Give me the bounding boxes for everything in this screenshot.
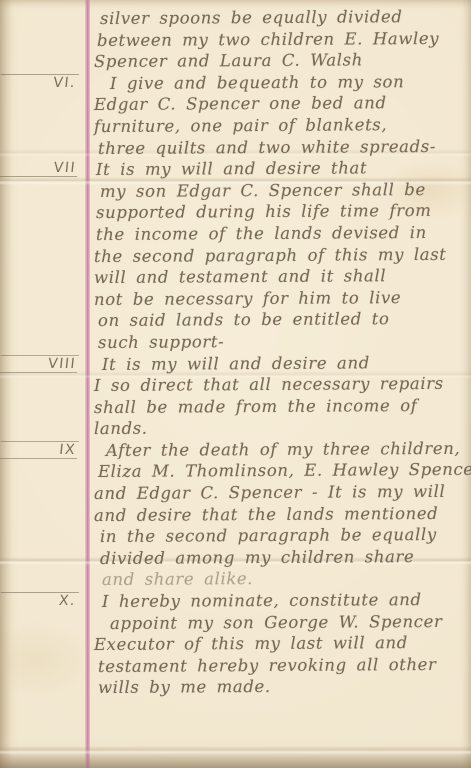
handwritten-line-row: X.I hereby nominate, constitute and (0, 591, 471, 613)
handwritten-text: I so direct that all necessary repairs (94, 373, 444, 397)
handwritten-text: such support- (98, 331, 224, 353)
handwritten-text: appoint my son George W. Spencer (110, 611, 443, 635)
handwritten-line-row: testament hereby revoking all other (0, 656, 471, 678)
handwritten-text: on said lands to be entitled to (98, 309, 390, 332)
handwritten-text: and share alike. (102, 569, 253, 592)
handwritten-line-row: Spencer and Laura C. Walsh (0, 51, 471, 73)
document-page: silver spoons be equally dividedbetween … (0, 0, 471, 768)
handwritten-line-row: shall be made from the income of (0, 397, 471, 419)
handwritten-text: not be necessary for him to live (94, 287, 401, 310)
handwritten-line-row: VI.I give and bequeath to my son (0, 73, 471, 95)
handwritten-line-row: VIIIt is my will and desire that (0, 159, 471, 181)
handwritten-text: shall be made from the income of (94, 395, 418, 419)
section-numeral: IX (0, 441, 79, 459)
handwritten-line-row: the income of the lands devised in (0, 224, 471, 246)
handwritten-line-row: such support- (0, 332, 471, 354)
handwritten-line-row: divided among my children share (0, 548, 471, 570)
section-numeral-label: VII (51, 160, 79, 176)
handwritten-text: in the second paragraph be equally (100, 524, 437, 548)
handwritten-line-row: silver spoons be equally divided (0, 8, 471, 30)
section-numeral-label: VI. (50, 75, 78, 91)
section-numeral-label: X. (56, 593, 79, 609)
section-numeral-label: VIII (45, 356, 79, 372)
handwritten-line-row: and share alike. (0, 569, 471, 591)
handwritten-line-row: lands. (0, 418, 471, 440)
handwritten-line-row: furniture, one pair of blankets, (0, 116, 471, 138)
handwritten-text: will and testament and it shall (94, 265, 386, 288)
fold-crease (0, 746, 471, 755)
handwritten-line-row: Edgar C. Spencer one bed and (0, 94, 471, 116)
handwritten-text: three quilts and two white spreads- (98, 135, 436, 159)
handwritten-text: my son Edgar C. Spencer shall be (100, 179, 426, 203)
handwritten-line-row: my son Edgar C. Spencer shall be (0, 181, 471, 203)
handwritten-text: silver spoons be equally divided (100, 6, 403, 29)
handwritten-text: the second paragraph of this my last (94, 243, 447, 267)
handwritten-line-row: VIIIIt is my will and desire and (0, 354, 471, 376)
page-bottom-shadow (0, 752, 471, 768)
handwritten-line-row: wills by me made. (0, 677, 471, 699)
handwritten-text: wills by me made. (98, 676, 271, 699)
handwritten-text: It is my will and desire and (102, 352, 370, 375)
handwritten-line-row: I so direct that all necessary repairs (0, 375, 471, 397)
handwritten-text: and Edgar C. Spencer - It is my will (94, 481, 445, 505)
handwritten-text: Spencer and Laura C. Walsh (94, 50, 363, 73)
handwritten-line-row: supported during his life time from (0, 202, 471, 224)
section-numeral: X. (0, 592, 79, 609)
handwritten-line-row: the second paragraph of this my last (0, 246, 471, 268)
section-numeral: VIII (0, 355, 79, 373)
section-numeral-label: IX (56, 442, 78, 458)
handwritten-lines-container: silver spoons be equally dividedbetween … (0, 8, 471, 699)
handwritten-line-row: on said lands to be entitled to (0, 310, 471, 332)
handwritten-text: It is my will and desire that (96, 157, 367, 180)
handwritten-text: the income of the lands devised in (96, 222, 427, 246)
handwritten-text: I give and bequeath to my son (110, 71, 404, 94)
handwritten-text: Eliza M. Thomlinson, E. Hawley Spencer, (98, 459, 471, 483)
handwritten-line-row: three quilts and two white spreads- (0, 138, 471, 160)
handwritten-text: Edgar C. Spencer one bed and (94, 93, 387, 116)
handwritten-line-row: Executor of this my last will and (0, 634, 471, 656)
section-numeral: VI. (0, 74, 79, 91)
handwritten-line-row: will and testament and it shall (0, 267, 471, 289)
handwritten-text: divided among my children share (100, 546, 414, 570)
handwritten-text: testament hereby revoking all other (98, 654, 437, 678)
handwritten-line-row: in the second paragraph be equally (0, 526, 471, 548)
section-numeral: VII (0, 160, 79, 177)
handwritten-text: lands. (94, 418, 148, 440)
handwritten-text: After the death of my three children, (106, 438, 460, 462)
handwritten-text: Executor of this my last will and (94, 632, 408, 656)
handwritten-text: I hereby nominate, constitute and (102, 589, 422, 613)
handwritten-text: furniture, one pair of blankets, (94, 114, 387, 137)
handwritten-line-row: not be necessary for him to live (0, 289, 471, 311)
handwritten-text: and desire that the lands mentioned (94, 503, 438, 527)
handwritten-line-row: and desire that the lands mentioned (0, 505, 471, 527)
handwritten-text: between my two children E. Hawley (97, 28, 439, 52)
handwritten-line-row: appoint my son George W. Spencer (0, 613, 471, 635)
handwritten-line-row: Eliza M. Thomlinson, E. Hawley Spencer, (0, 461, 471, 483)
handwritten-line-row: between my two children E. Hawley (0, 30, 471, 52)
handwritten-line-row: and Edgar C. Spencer - It is my will (0, 483, 471, 505)
handwritten-text: supported during his life time from (96, 200, 432, 224)
